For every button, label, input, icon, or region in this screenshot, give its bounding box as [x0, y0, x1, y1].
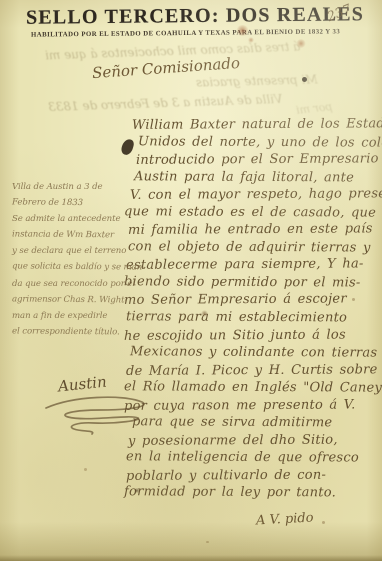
document-scan: SELLO TERCERO: DOS REALES HABILITADO POR… [0, 0, 382, 561]
body-line: formidad por la ley por tanto. [124, 485, 382, 504]
body-line: que mi estado es el de casado, que con [124, 204, 382, 223]
body-line: he escojido un Sitio junto á los [124, 327, 382, 346]
bleed-through-line: por mi [295, 100, 333, 117]
body-line: de María I. Picoc y H. Curtis sobre [126, 362, 382, 381]
body-line: poblarlo y cultivarlo de con- [126, 467, 382, 486]
body-line: introducido por el Sor Empresario [136, 151, 382, 170]
body-line: con el objeto de adquirir tierras y [128, 239, 382, 258]
petition-body: William Baxter natural de los Estados Un… [122, 117, 382, 503]
body-line: mi familia he entrado en este país [128, 221, 382, 240]
body-line: y posesionarme del dho Sitio, [128, 432, 382, 451]
bleed-through-line: Villa de Austin a 3 de Febrero de 1833 [48, 92, 283, 114]
body-line: Austin para la faja litoral, ante [134, 169, 382, 188]
margin-decree: Villa de Austin a 3 de Febrero de 1833 S… [12, 179, 145, 340]
stamp-title: SELLO TERCERO: DOS REALES [26, 3, 364, 30]
paper-bottom-edge [0, 555, 382, 561]
stamp-subtitle: HABILITADO POR EL ESTADO DE COAHUILA Y T… [31, 28, 340, 38]
margin-line: da que sea reconocido por el [12, 276, 145, 292]
paper-speck [322, 521, 325, 524]
body-line: biendo sido permitido por el mis- [124, 274, 382, 293]
body-line: Unidos del norte, y uno de los colonos [138, 134, 382, 153]
body-line: tierras para mi establecimiento [126, 309, 382, 328]
signature-rubric-flourish [38, 390, 158, 438]
margin-line: man a fin de expedirle [12, 308, 145, 324]
petition-closing: A V. pido [256, 511, 314, 529]
margin-line: agrimensor Chas R. Wight- [12, 291, 145, 308]
margin-line: Villa de Austin a 3 de [12, 179, 145, 195]
margin-line: que solicita es baldío y se man- [12, 259, 145, 276]
paper-speck [206, 541, 209, 543]
body-line: el Río llamado en Inglés "Old Caney" [124, 379, 382, 398]
body-line: en la inteligencia de que ofresco [126, 450, 382, 469]
body-line: Mexicanos y colindante con tierras [130, 344, 382, 363]
body-line: establecerme para siempre, Y ha- [126, 256, 382, 275]
bleed-through-line: Mi presente gracias [196, 72, 318, 89]
body-line: V. con el mayor respeto, hago presente; [130, 186, 382, 205]
body-line: para que se sirva admitirme [132, 415, 382, 434]
margin-line: Febrero de 1833 [12, 195, 145, 212]
margin-line: Se admite la antecedente [12, 211, 145, 227]
body-line: por cuya rason me presento á V. [124, 397, 382, 416]
body-line: William Baxter natural de los Estados [132, 116, 382, 135]
body-line: mo Señor Empresario á escojer [124, 292, 382, 311]
paper-speck [84, 468, 87, 471]
margin-line: el correspondiente título. [12, 323, 145, 340]
margin-line: instancia de Wm Baxter [12, 227, 145, 244]
margin-line: y se declara que el terreno [12, 243, 145, 259]
